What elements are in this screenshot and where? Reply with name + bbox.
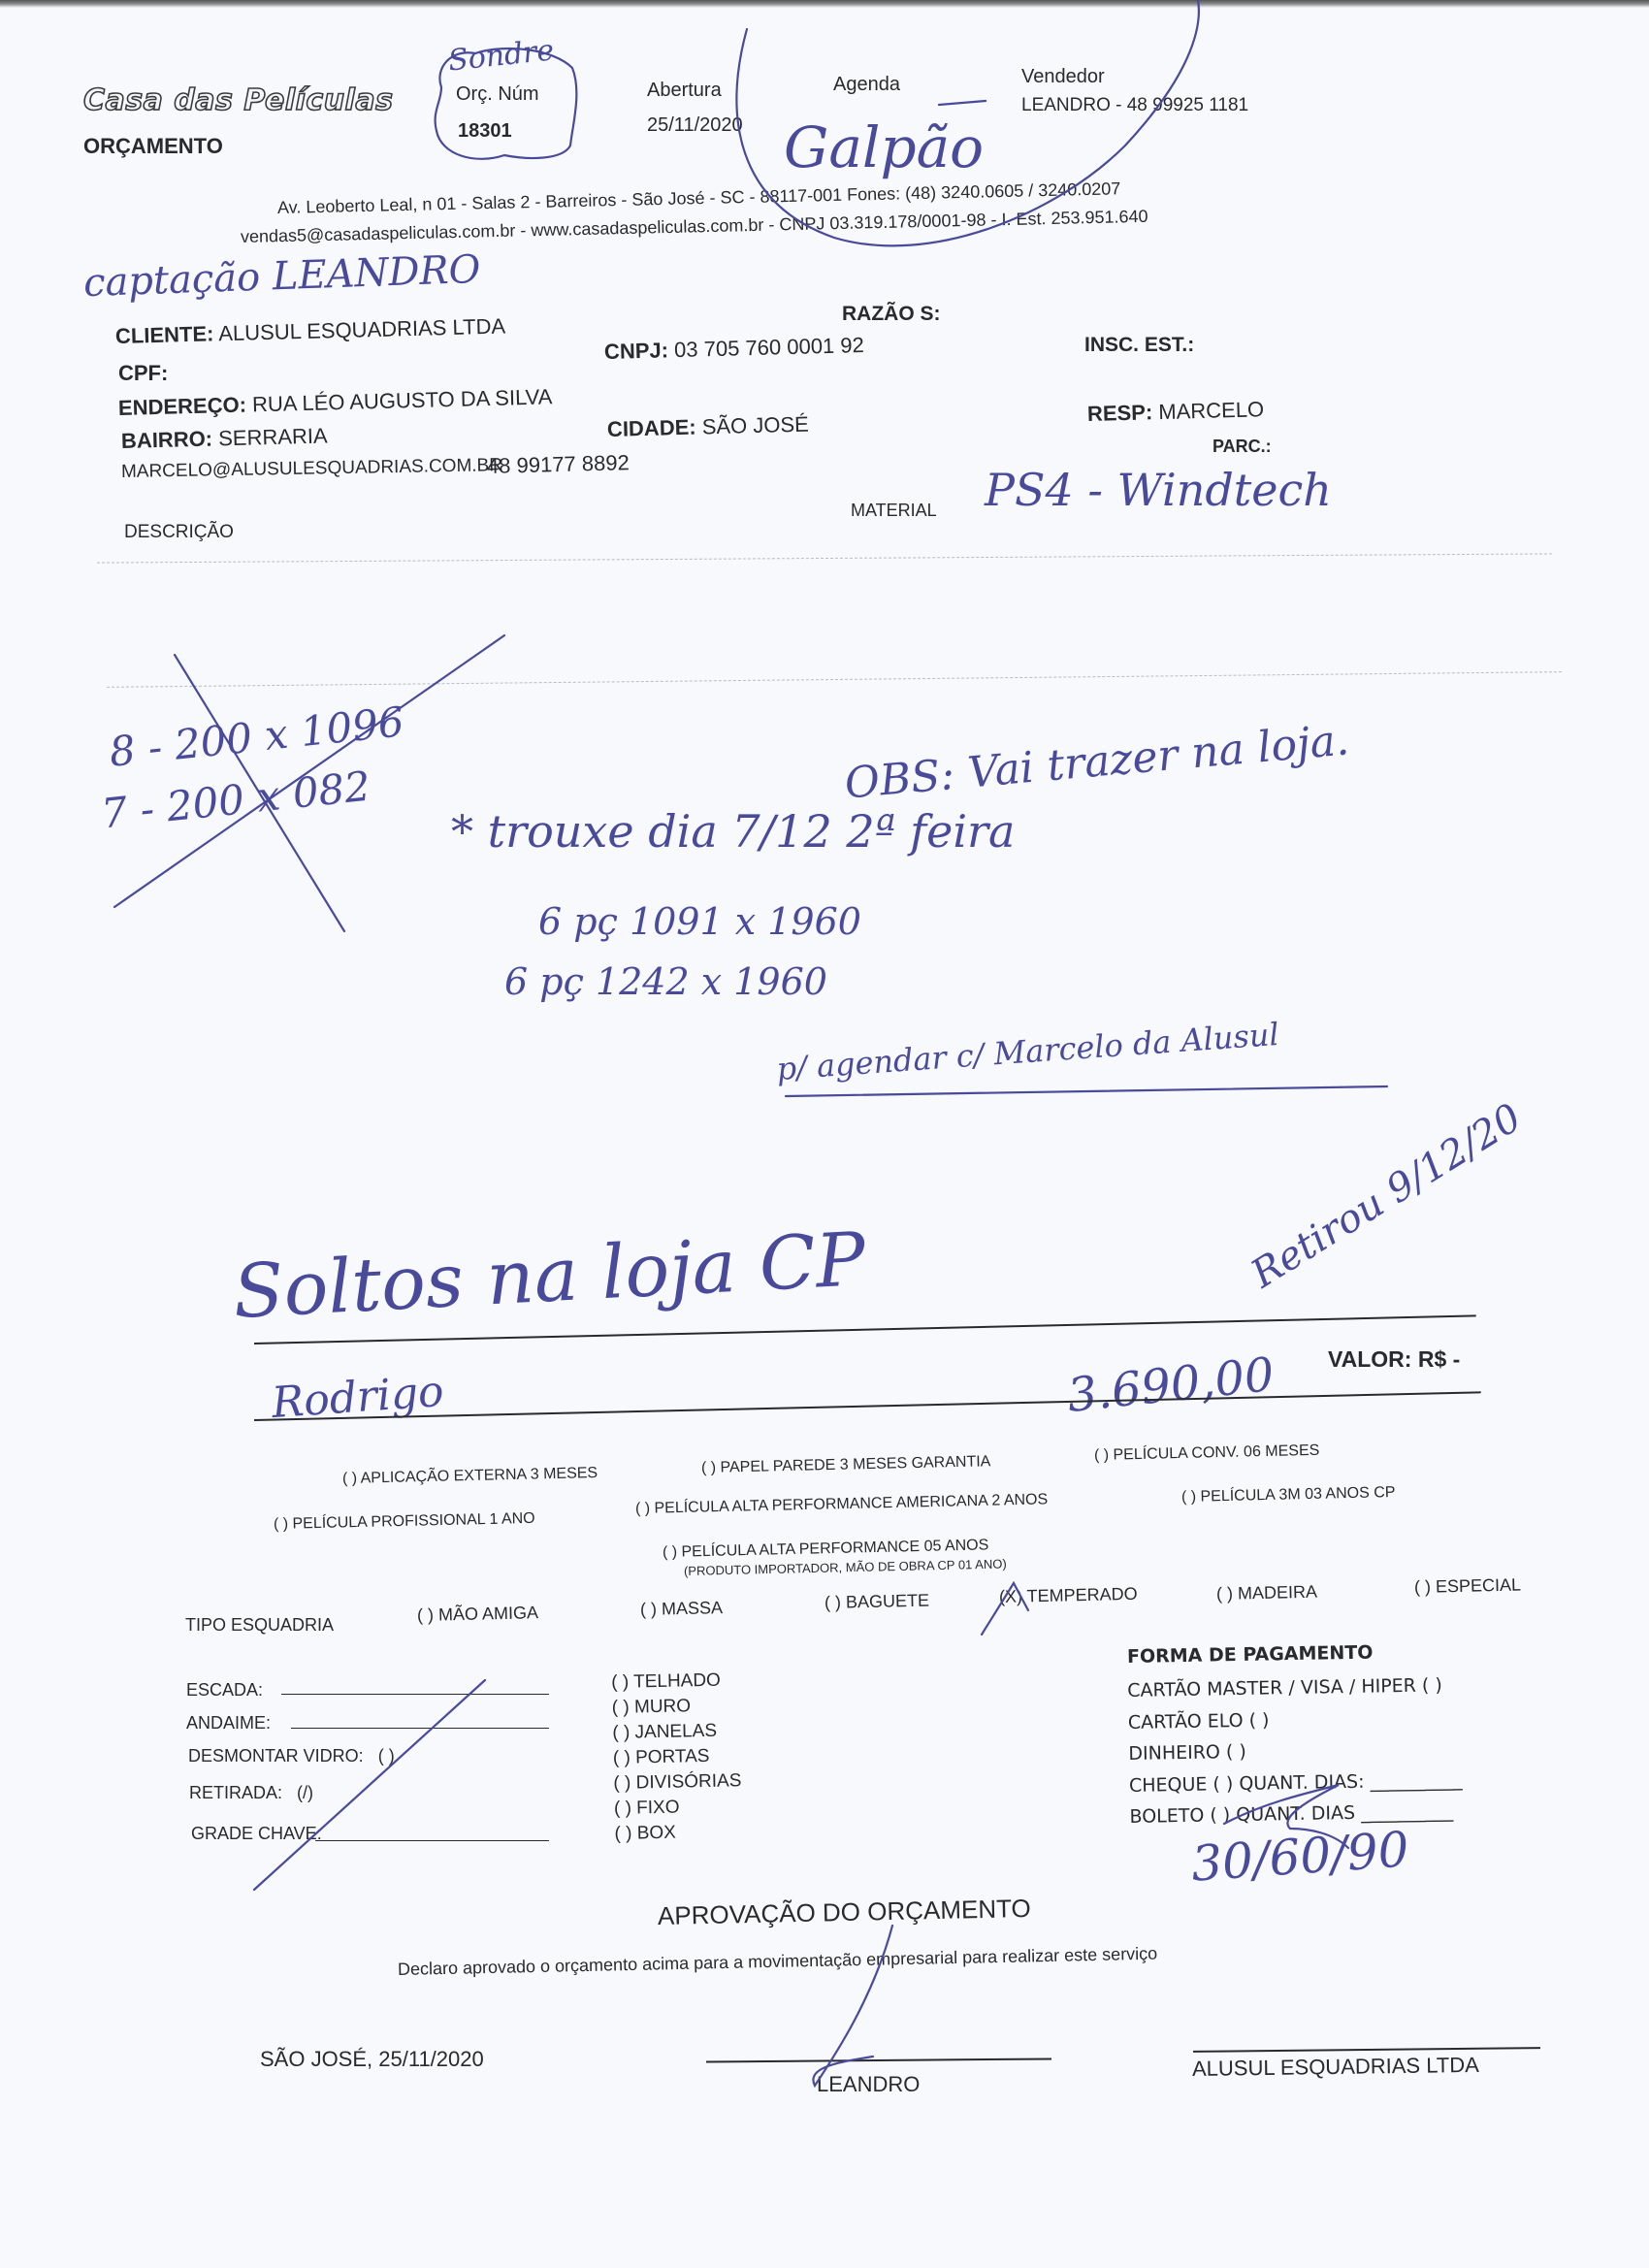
- cidade-field: CIDADE: SÃO JOSÉ: [607, 412, 809, 442]
- approval-title: APROVAÇÃO DO ORÇAMENTO: [658, 1894, 1031, 1931]
- service-option[interactable]: ( ) PAPEL PAREDE 3 MESES GARANTIA: [701, 1453, 991, 1477]
- vendedor-label: Vendedor: [1021, 66, 1105, 88]
- extra-label: ESCADA:: [186, 1680, 263, 1700]
- valor-handwritten: 3.690,00: [1065, 1347, 1277, 1423]
- company-logo: Casa das Películas: [83, 83, 393, 117]
- tipo-option-madeira[interactable]: ( ) MADEIRA: [1216, 1582, 1317, 1604]
- trouxe-note: * trouxe dia 7/12 2ª feira: [451, 805, 1015, 858]
- pagamento-title: FORMA DE PAGAMENTO: [1127, 1642, 1374, 1668]
- signature-line-2[interactable]: [1193, 2047, 1540, 2053]
- scan-edge: [0, 0, 1649, 8]
- extra-desmontar-vidro[interactable]: DESMONTAR VIDRO: ( ): [188, 1746, 395, 1766]
- abertura-date: 25/11/2020: [647, 114, 743, 137]
- service-option[interactable]: ( ) PELÍCULA ALTA PERFORMANCE AMERICANA …: [635, 1491, 1049, 1518]
- razao-label: RAZÃO S:: [842, 303, 941, 326]
- pagamento-option[interactable]: CARTÃO MASTER / VISA / HIPER ( ): [1127, 1669, 1461, 1706]
- bairro-field: BAIRRO: SERRARIA: [121, 423, 328, 454]
- cliente-value: ALUSUL ESQUADRIAS LTDA: [218, 313, 505, 345]
- boleto-days-note: 30/60/90: [1189, 1821, 1410, 1893]
- descricao-label: DESCRIÇÃO: [124, 522, 234, 543]
- extra-escada: ESCADA:: [186, 1680, 263, 1701]
- cnpj-field: CNPJ: 03 705 760 0001 92: [604, 333, 864, 365]
- tipo-option-mao-amiga[interactable]: ( ) MÃO AMIGA: [417, 1603, 538, 1626]
- descricao-divider: [97, 553, 1552, 563]
- service-option[interactable]: ( ) APLICAÇÃO EXTERNA 3 MESES: [342, 1465, 598, 1488]
- local-option[interactable]: ( ) JANELAS: [612, 1718, 740, 1746]
- pagamento-options: CARTÃO MASTER / VISA / HIPER ( ) CARTÃO …: [1127, 1669, 1463, 1832]
- tipo-option-temperado[interactable]: (X) TEMPERADO: [999, 1584, 1138, 1607]
- material-label: MATERIAL: [851, 501, 937, 521]
- agenda-label: Agenda: [833, 74, 900, 96]
- resp-field: RESP: MARCELO: [1087, 397, 1265, 427]
- orc-label: Orç. Núm: [456, 83, 539, 106]
- abertura-label: Abertura: [647, 80, 722, 102]
- extra-label: RETIRADA:: [189, 1783, 282, 1802]
- local-option[interactable]: ( ) PORTAS: [613, 1743, 741, 1771]
- cnpj-label: CNPJ:: [604, 338, 669, 364]
- tipo-option-baguete[interactable]: ( ) BAGUETE: [824, 1591, 929, 1613]
- descricao-divider-2: [107, 671, 1562, 688]
- item-2-note: 6 pç 1242 x 1960: [504, 960, 827, 1003]
- locais-list: ( ) TELHADO ( ) MURO ( ) JANELAS ( ) POR…: [611, 1668, 743, 1847]
- endereco-field: ENDEREÇO: RUA LÉO AUGUSTO DA SILVA: [118, 384, 553, 421]
- bairro-label: BAIRRO:: [121, 427, 213, 453]
- handwritten-orc-note: Sondre: [446, 33, 555, 78]
- extra-checkbox[interactable]: (/): [297, 1783, 313, 1802]
- local-option[interactable]: ( ) FIXO: [614, 1794, 742, 1822]
- extra-label: GRADE CHAVE:: [191, 1824, 322, 1843]
- cidade-label: CIDADE:: [607, 415, 696, 441]
- resp-value: MARCELO: [1158, 397, 1264, 424]
- local-option[interactable]: ( ) BOX: [614, 1819, 742, 1847]
- local-option[interactable]: ( ) DIVISÓRIAS: [613, 1768, 741, 1797]
- extra-checkbox[interactable]: ( ): [378, 1746, 395, 1766]
- local-option[interactable]: ( ) TELHADO: [611, 1668, 739, 1696]
- signer-1: LEANDRO: [817, 2072, 920, 2097]
- cpf-label: CPF:: [118, 361, 168, 386]
- parc-label: PARC.:: [1212, 437, 1272, 457]
- obs-note: OBS: Vai trazer na loja.: [843, 715, 1351, 808]
- endereco-value: RUA LÉO AUGUSTO DA SILVA: [252, 384, 553, 416]
- pagamento-option[interactable]: BOLETO ( ) QUANT. DIAS __________: [1129, 1796, 1463, 1832]
- place-date: SÃO JOSÉ, 25/11/2020: [260, 2047, 484, 2072]
- service-option[interactable]: ( ) PELÍCULA CONV. 06 MESES: [1094, 1442, 1320, 1465]
- handwritten-captacao: captação LEANDRO: [82, 247, 481, 306]
- approval-statement: Declaro aprovado o orçamento acima para …: [398, 1944, 1158, 1980]
- andaime-line[interactable]: [291, 1728, 549, 1729]
- handwritten-agenda-note: Galpão: [784, 114, 984, 180]
- tipo-esquadria-label: TIPO ESQUADRIA: [185, 1615, 334, 1636]
- client-phone: 48 99177 8892: [487, 450, 630, 479]
- signer-2: ALUSUL ESQUADRIAS LTDA: [1192, 2053, 1479, 2082]
- escada-line[interactable]: [281, 1694, 549, 1695]
- signature-line-1[interactable]: [706, 2057, 1051, 2062]
- tipo-option-especial[interactable]: ( ) ESPECIAL: [1414, 1575, 1521, 1598]
- cliente-label: CLIENTE:: [115, 321, 214, 348]
- document-type: ORÇAMENTO: [83, 134, 223, 159]
- bairro-value: SERRARIA: [218, 423, 328, 450]
- extra-label: ANDAIME:: [186, 1713, 271, 1733]
- service-option[interactable]: ( ) PELÍCULA PROFISSIONAL 1 ANO: [274, 1510, 535, 1534]
- extra-retirada[interactable]: RETIRADA: (/): [189, 1783, 313, 1803]
- handwritten-material: PS4 - Windtech: [985, 464, 1332, 516]
- resp-label: RESP:: [1087, 400, 1153, 426]
- extra-grade-chave: GRADE CHAVE:: [191, 1824, 322, 1844]
- tipo-option-massa[interactable]: ( ) MASSA: [640, 1598, 723, 1620]
- grade-chave-line[interactable]: [315, 1840, 549, 1841]
- endereco-label: ENDEREÇO:: [118, 393, 247, 420]
- valor-label: VALOR: R$ -: [1328, 1346, 1460, 1373]
- insc-est-label: INSC. EST.:: [1084, 334, 1194, 357]
- crossed-item-2: 7 - 200 x 082: [99, 762, 372, 838]
- extra-label: DESMONTAR VIDRO:: [188, 1746, 364, 1766]
- vendedor-value: LEANDRO - 48 99925 1181: [1021, 95, 1248, 116]
- cnpj-value: 03 705 760 0001 92: [674, 333, 864, 362]
- cliente-field: CLIENTE: ALUSUL ESQUADRIAS LTDA: [115, 313, 506, 349]
- service-option[interactable]: ( ) PELÍCULA 3M 03 ANOS CP: [1181, 1484, 1396, 1507]
- local-option[interactable]: ( ) MURO: [612, 1693, 740, 1721]
- orc-number: 18301: [458, 120, 512, 143]
- client-email: MARCELO@ALUSULESQUADRIAS.COM.BR: [121, 455, 502, 483]
- retirou-note: Retirou 9/12/20: [1244, 1095, 1530, 1297]
- agendar-note: p/ agendar c/ Marcelo da Alusul: [775, 1016, 1279, 1087]
- cidade-value: SÃO JOSÉ: [701, 412, 809, 439]
- soltos-note: Soltos na loja CP: [231, 1215, 867, 1335]
- item-1-note: 6 pç 1091 x 1960: [538, 900, 861, 943]
- extra-andaime: ANDAIME:: [186, 1713, 271, 1733]
